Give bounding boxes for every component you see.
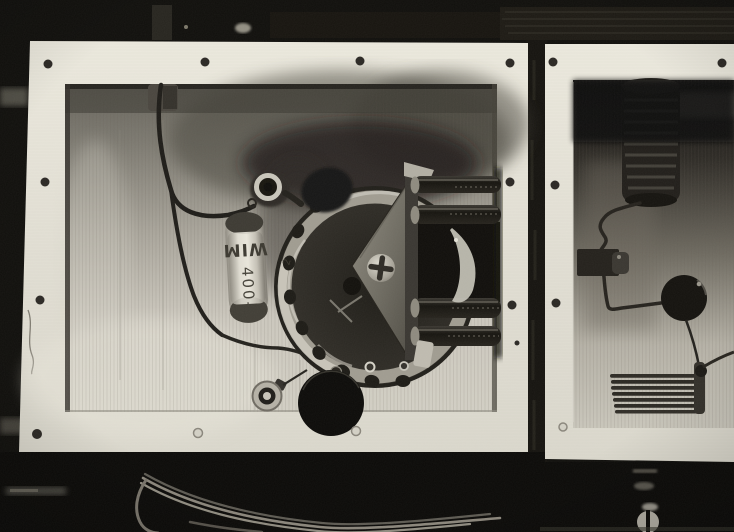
film-grain — [0, 0, 734, 532]
photo-canvas: 2 — [0, 0, 734, 532]
